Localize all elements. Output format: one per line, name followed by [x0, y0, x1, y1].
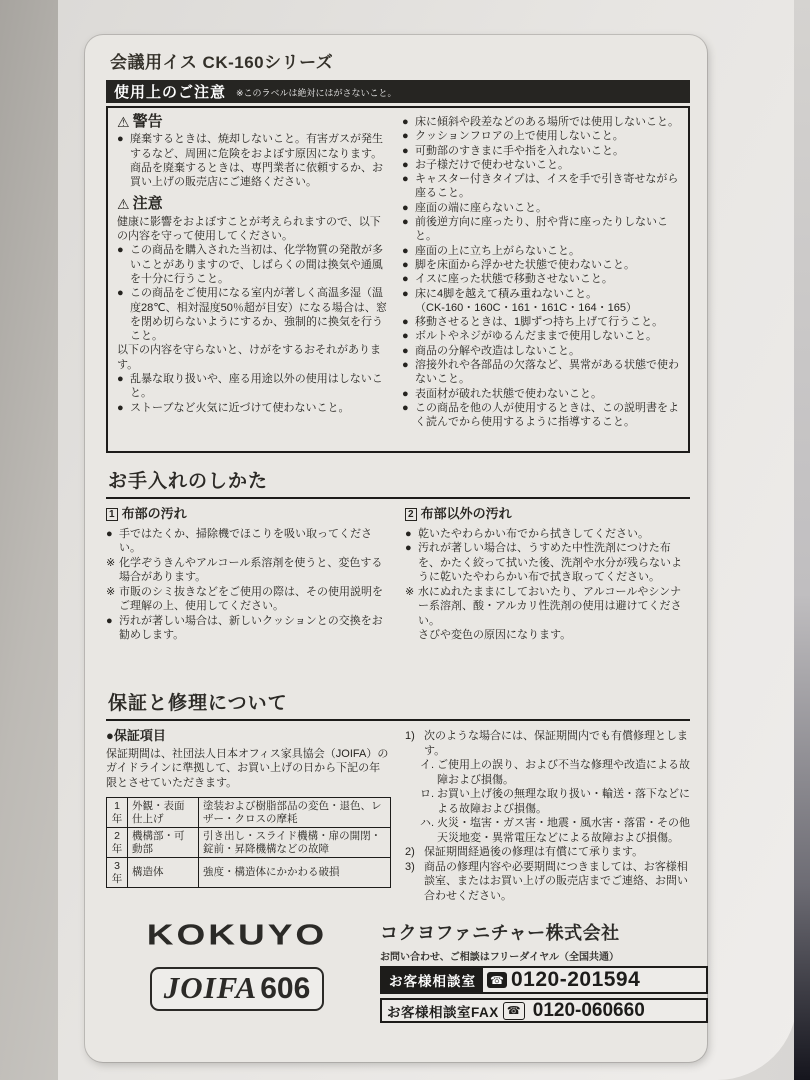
list-item: ロ.お買い上げ後の無理な取り扱い・輸送・落下などによる故障および損傷。	[405, 787, 690, 816]
list-item-marker: ●	[117, 372, 130, 401]
list-item-marker: イ.	[420, 758, 437, 787]
list-item: ●表面材が破れた状態で使わないこと。	[402, 387, 680, 401]
care-other-heading: 2 布部以外の汚れ	[405, 507, 690, 522]
list-item-marker	[405, 628, 418, 643]
list-item-marker: ●	[402, 358, 415, 387]
list-item-text: 床に傾斜や段差などのある場所では使用しないこと。	[415, 115, 680, 129]
list-item-text: お買い上げ後の無理な取り扱い・輸送・落下などによる故障および損傷。	[437, 787, 690, 816]
caution-intro: 健康に影響をおよぼすことが考えられますので、以下の内容を守って使用してください。	[117, 215, 389, 244]
table-row: 1年外観・表面仕上げ塗装および樹脂部品の変色・退色、レザー・クロスの摩耗	[107, 798, 391, 828]
table-row: 3年構造体強度・構造体にかかわる破損	[107, 858, 391, 888]
list-item-marker: ●	[402, 129, 415, 143]
list-item: ●乱暴な取り扱いや、座る用途以外の使用はしないこと。	[117, 372, 389, 401]
table-cell: 機構部・可動部	[128, 828, 199, 858]
list-item-text: ご使用上の誤り、および不当な修理や改造による故障および損傷。	[437, 758, 690, 787]
list-item-marker: ※	[106, 556, 119, 585]
list-item-text: お子様だけで使わせないこと。	[415, 158, 680, 172]
list-item-text: クッションフロアの上で使用しないこと。	[415, 129, 680, 143]
list-item-text: 市販のシミ抜きなどをご使用の際は、その使用説明をご理解の上、使用してください。	[119, 585, 391, 614]
caution-heading-label: 注意	[133, 197, 163, 211]
warning-list: ●廃棄するときは、焼却しないこと。有害ガスが発生するなど、周囲に危険をおよぼす原…	[117, 132, 389, 189]
list-item-marker: ●	[402, 258, 415, 272]
list-item: ●商品の分解や改造はしないこと。	[402, 344, 680, 358]
care-other-heading-label: 布部以外の汚れ	[421, 507, 512, 522]
warranty-table-body: 1年外観・表面仕上げ塗装および樹脂部品の変色・退色、レザー・クロスの摩耗2年機構…	[107, 798, 391, 888]
list-item-text: 水にぬれたままにしておいたり、アルコールやシンナー系溶剤、酸・アルカリ性洗剤の使…	[418, 585, 690, 629]
list-item-text: 乱暴な取り扱いや、座る用途以外の使用はしないこと。	[130, 372, 389, 401]
list-item-marker: ハ.	[420, 816, 437, 845]
list-item: ●溶接外れや各部品の欠落など、異常がある状態で使わないこと。	[402, 358, 680, 387]
care-fabric-heading-label: 布部の汚れ	[122, 507, 187, 522]
care-section-title: お手入れのしかた	[106, 466, 690, 499]
caution-heading: ⚠ 注意	[117, 197, 389, 211]
fax-icon: ☎	[503, 1002, 525, 1020]
list-item-text: 商品の分解や改造はしないこと。	[415, 344, 680, 358]
list-item: 1)次のような場合には、保証期間内でも有償修理とします。	[405, 729, 690, 758]
table-cell: 1年	[107, 798, 128, 828]
contact-note: お問い合わせ、ご相談はフリーダイヤル（全国共通）	[380, 948, 708, 963]
phone-number: 0120-201594	[511, 968, 640, 992]
list-item-text: 乾いたやわらかい布でから拭きしてください。	[418, 527, 690, 542]
care-columns: 1 布部の汚れ ●手ではたくか、掃除機でほこりを吸い取ってください。※化学ぞうき…	[106, 507, 690, 675]
list-item-marker: ●	[402, 329, 415, 343]
list-item-marker: ●	[402, 244, 415, 258]
table-cell: 外観・表面仕上げ	[128, 798, 199, 828]
table-cell: 引き出し・スライド機構・扉の開閉・錠前・昇降機構などの故障	[199, 828, 391, 858]
usage-header-note: ※このラベルは絶対にはがさないこと。	[236, 84, 397, 99]
list-item: ●この商品を他の人が使用するときは、この説明書をよく読んでから使用するように指導…	[402, 401, 680, 430]
list-item: ●座面の上に立ち上がらないこと。	[402, 244, 680, 258]
warranty-intro: 保証期間は、社団法人日本オフィス家具協会（JOIFA）のガイドラインに準拠して、…	[106, 747, 391, 791]
caution-list: ●この商品を購入された当初は、化学物質の発散が多いことがありますので、しばらくの…	[117, 243, 389, 343]
list-item-marker: 3)	[405, 860, 424, 904]
phone-label-badge: お客様相談室	[382, 968, 483, 992]
list-item: ●汚れが著しい場合は、新しいクッションとの交換をお勧めします。	[106, 614, 391, 643]
table-cell: 塗装および樹脂部品の変色・退色、レザー・クロスの摩耗	[199, 798, 391, 828]
usage-header-title: 使用上のご注意	[114, 81, 226, 102]
care-other-column: 2 布部以外の汚れ ●乾いたやわらかい布でから拭きしてください。●汚れが著しい場…	[405, 507, 690, 675]
table-cell: 構造体	[128, 858, 199, 888]
list-item-marker: ●	[402, 315, 415, 329]
list-item: ●床に4脚を越えて積み重ねないこと。	[402, 287, 680, 301]
warranty-left-column: ●保証項目 保証期間は、社団法人日本オフィス家具協会（JOIFA）のガイドライン…	[106, 729, 391, 903]
list-item-text: 移動させるときは、1脚ずつ持ち上げて行うこと。	[415, 315, 680, 329]
list-item: ●座面の端に座らないこと。	[402, 201, 680, 215]
warranty-notes-list: 1)次のような場合には、保証期間内でも有償修理とします。イ.ご使用上の誤り、およ…	[405, 729, 690, 903]
warning-heading: ⚠ 警告	[117, 115, 389, 129]
fax-label: お客様相談室FAX	[387, 1001, 499, 1021]
care-fabric-column: 1 布部の汚れ ●手ではたくか、掃除機でほこりを吸い取ってください。※化学ぞうき…	[106, 507, 391, 675]
phone-row: お客様相談室 ☎ 0120-201594	[380, 966, 708, 994]
list-item-text: ボルトやネジがゆるんだままで使用しないこと。	[415, 329, 680, 343]
list-item: （CK-160・160C・161・161C・164・165）	[402, 301, 680, 315]
list-item-text: 床に4脚を越えて積み重ねないこと。	[415, 287, 680, 301]
fax-row: お客様相談室FAX ☎ 0120-060660	[380, 998, 708, 1023]
list-item-text: この商品を他の人が使用するときは、この説明書をよく読んでから使用するように指導す…	[415, 401, 680, 430]
usage-left-column: ⚠ 警告 ●廃棄するときは、焼却しないこと。有害ガスが発生するなど、周囲に危険を…	[117, 115, 389, 447]
list-item-marker: ●	[117, 401, 130, 415]
list-item: ●お子様だけで使わせないこと。	[402, 158, 680, 172]
caution-triangle-icon: ⚠	[117, 197, 130, 211]
list-item-marker: ●	[117, 286, 130, 343]
list-item-text: さびや変色の原因になります。	[418, 628, 690, 643]
list-item-marker: ロ.	[420, 787, 437, 816]
list-item-marker: 1)	[405, 729, 424, 758]
list-item: ●この商品を購入された当初は、化学物質の発散が多いことがありますので、しばらくの…	[117, 243, 389, 286]
list-item-text: この商品を購入された当初は、化学物質の発散が多いことがありますので、しばらくの間…	[130, 243, 389, 286]
list-item-marker: ●	[402, 215, 415, 244]
care-fabric-number-icon: 1	[106, 508, 118, 521]
list-item-text: 化学ぞうきんやアルコール系溶剤を使うと、変色する場合があります。	[119, 556, 391, 585]
footer-right: コクヨファニチャー株式会社 お問い合わせ、ご相談はフリーダイヤル（全国共通） お…	[380, 919, 708, 1023]
list-item-marker: ●	[402, 387, 415, 401]
list-item-text: （CK-160・160C・161・161C・164・165）	[415, 301, 680, 315]
list-item-text: 商品の修理内容や必要期間につきましては、お客様相談室、またはお買い上げの販売店ま…	[424, 860, 690, 904]
list-item: ●手ではたくか、掃除機でほこりを吸い取ってください。	[106, 527, 391, 556]
list-item-marker: ※	[106, 585, 119, 614]
list-item-text: 溶接外れや各部品の欠落など、異常がある状態で使わないこと。	[415, 358, 680, 387]
list-item-text: 汚れが著しい場合は、うすめた中性洗剤につけた布を、かたく絞って拭いた後、洗剤や水…	[418, 541, 690, 585]
list-item: ●クッションフロアの上で使用しないこと。	[402, 129, 680, 143]
care-fabric-list: ●手ではたくか、掃除機でほこりを吸い取ってください。※化学ぞうきんやアルコール系…	[106, 527, 391, 643]
list-item: ●移動させるときは、1脚ずつ持ち上げて行うこと。	[402, 315, 680, 329]
list-item: ●前後逆方向に座ったり、肘や背に座ったりしないこと。	[402, 215, 680, 244]
usage-header-bar: 使用上のご注意 ※このラベルは絶対にはがさないこと。	[106, 80, 690, 103]
list-item-marker: ※	[405, 585, 418, 629]
company-name: コクヨファニチャー株式会社	[380, 919, 708, 945]
list-item-text: 前後逆方向に座ったり、肘や背に座ったりしないこと。	[415, 215, 680, 244]
list-item-text: イスに座った状態で移動させないこと。	[415, 272, 680, 286]
list-item-marker: ●	[117, 132, 130, 189]
table-cell: 強度・構造体にかかわる破損	[199, 858, 391, 888]
list-item-marker: ●	[402, 144, 415, 158]
usage-right-list: ●床に傾斜や段差などのある場所では使用しないこと。●クッションフロアの上で使用し…	[402, 115, 680, 430]
list-item-marker: ●	[405, 527, 418, 542]
care-fabric-heading: 1 布部の汚れ	[106, 507, 391, 522]
list-item-text: 保証期間経過後の修理は有償にて承ります。	[424, 845, 690, 860]
list-item: ●汚れが著しい場合は、うすめた中性洗剤につけた布を、かたく絞って拭いた後、洗剤や…	[405, 541, 690, 585]
list-item-marker	[402, 301, 415, 315]
list-item-marker: ●	[117, 243, 130, 286]
list-item-marker: 2)	[405, 845, 424, 860]
photo-dark-edge	[794, 0, 810, 1080]
list-item: ●乾いたやわらかい布でから拭きしてください。	[405, 527, 690, 542]
list-item: ●イスに座った状態で移動させないこと。	[402, 272, 680, 286]
table-cell: 3年	[107, 858, 128, 888]
list-item-text: 手ではたくか、掃除機でほこりを吸い取ってください。	[119, 527, 391, 556]
injury-list: ●乱暴な取り扱いや、座る用途以外の使用はしないこと。●ストーブなど火気に近づけて…	[117, 372, 389, 415]
warranty-right-column: 1)次のような場合には、保証期間内でも有償修理とします。イ.ご使用上の誤り、およ…	[405, 729, 690, 903]
list-item: ●キャスター付きタイプは、イスを手で引き寄せながら座ること。	[402, 172, 680, 201]
list-item-text: 可動部のすきまに手や指を入れないこと。	[415, 144, 680, 158]
injury-intro: 以下の内容を守らないと、けがをするおそれがあります。	[117, 343, 389, 372]
warranty-section-title: 保証と修理について	[106, 688, 690, 721]
list-item: ※水にぬれたままにしておいたり、アルコールやシンナー系溶剤、酸・アルカリ性洗剤の…	[405, 585, 690, 629]
usage-notice-box: ⚠ 警告 ●廃棄するときは、焼却しないこと。有害ガスが発生するなど、周囲に危険を…	[106, 106, 690, 453]
list-item-marker: ●	[402, 158, 415, 172]
list-item-marker: ●	[106, 614, 119, 643]
fax-number: 0120-060660	[533, 1000, 645, 1022]
list-item-text: 表面材が破れた状態で使わないこと。	[415, 387, 680, 401]
list-item: さびや変色の原因になります。	[405, 628, 690, 643]
care-other-number-icon: 2	[405, 508, 417, 521]
list-item-text: この商品をご使用になる室内が著しく高温多湿（温度28℃、相対湿度50％超が目安）…	[130, 286, 389, 343]
table-cell: 2年	[107, 828, 128, 858]
list-item: ●可動部のすきまに手や指を入れないこと。	[402, 144, 680, 158]
table-row: 2年機構部・可動部引き出し・スライド機構・扉の開閉・錠前・昇降機構などの故障	[107, 828, 391, 858]
list-item-text: 廃棄するときは、焼却しないこと。有害ガスが発生するなど、周囲に危険をおよぼす原因…	[130, 132, 389, 189]
list-item: ●ストーブなど火気に近づけて使わないこと。	[117, 401, 389, 415]
list-item-text: 座面の端に座らないこと。	[415, 201, 680, 215]
list-item-marker: ●	[402, 172, 415, 201]
warranty-subtitle: ●保証項目	[106, 729, 391, 744]
list-item: ハ.火災・塩害・ガス害・地震・風水害・落雷・その他天災地変・異常電圧などによる故…	[405, 816, 690, 845]
list-item-marker: ●	[402, 115, 415, 129]
warning-heading-label: 警告	[133, 115, 163, 129]
list-item-marker: ●	[106, 527, 119, 556]
product-title: 会議用イス CK-160シリーズ	[106, 48, 690, 73]
warning-triangle-icon: ⚠	[117, 115, 130, 129]
list-item-text: 脚を床面から浮かせた状態で使わないこと。	[415, 258, 680, 272]
list-item: 2)保証期間経過後の修理は有償にて承ります。	[405, 845, 690, 860]
label-card: 会議用イス CK-160シリーズ 使用上のご注意 ※このラベルは絶対にはがさない…	[85, 35, 707, 1062]
list-item: ※化学ぞうきんやアルコール系溶剤を使うと、変色する場合があります。	[106, 556, 391, 585]
list-item-marker: ●	[402, 272, 415, 286]
warranty-columns: ●保証項目 保証期間は、社団法人日本オフィス家具協会（JOIFA）のガイドライン…	[106, 729, 690, 903]
list-item-text: 汚れが著しい場合は、新しいクッションとの交換をお勧めします。	[119, 614, 391, 643]
footer-left: KOKUYO JOIFA 606	[106, 919, 368, 1023]
list-item: ●床に傾斜や段差などのある場所では使用しないこと。	[402, 115, 680, 129]
list-item: イ.ご使用上の誤り、および不当な修理や改造による故障および損傷。	[405, 758, 690, 787]
list-item-marker: ●	[402, 287, 415, 301]
warranty-table: 1年外観・表面仕上げ塗装および樹脂部品の変色・退色、レザー・クロスの摩耗2年機構…	[106, 797, 391, 888]
list-item-text: 座面の上に立ち上がらないこと。	[415, 244, 680, 258]
joifa-badge-number: 606	[260, 972, 310, 1006]
joifa-badge: JOIFA 606	[150, 967, 325, 1011]
list-item: ※市販のシミ抜きなどをご使用の際は、その使用説明をご理解の上、使用してください。	[106, 585, 391, 614]
list-item-marker: ●	[402, 201, 415, 215]
list-item: ●ボルトやネジがゆるんだままで使用しないこと。	[402, 329, 680, 343]
kokuyo-logo: KOKUYO	[147, 919, 327, 952]
list-item-marker: ●	[402, 401, 415, 430]
usage-right-column: ●床に傾斜や段差などのある場所では使用しないこと。●クッションフロアの上で使用し…	[402, 115, 680, 447]
list-item-text: 次のような場合には、保証期間内でも有償修理とします。	[424, 729, 690, 758]
list-item-marker: ●	[402, 344, 415, 358]
photo-background: 会議用イス CK-160シリーズ 使用上のご注意 ※このラベルは絶対にはがさない…	[0, 0, 810, 1080]
joifa-badge-text: JOIFA	[164, 970, 257, 1006]
list-item: 3)商品の修理内容や必要期間につきましては、お客様相談室、またはお買い上げの販売…	[405, 860, 690, 904]
label-footer: KOKUYO JOIFA 606 コクヨファニチャー株式会社 お問い合わせ、ご相…	[106, 919, 690, 1023]
list-item-text: ストーブなど火気に近づけて使わないこと。	[130, 401, 389, 415]
care-other-list: ●乾いたやわらかい布でから拭きしてください。●汚れが著しい場合は、うすめた中性洗…	[405, 527, 690, 643]
list-item: ●廃棄するときは、焼却しないこと。有害ガスが発生するなど、周囲に危険をおよぼす原…	[117, 132, 389, 189]
freedial-phone-icon: ☎	[487, 972, 507, 988]
list-item-marker: ●	[405, 541, 418, 585]
list-item-text: キャスター付きタイプは、イスを手で引き寄せながら座ること。	[415, 172, 680, 201]
list-item: ●脚を床面から浮かせた状態で使わないこと。	[402, 258, 680, 272]
list-item-text: 火災・塩害・ガス害・地震・風水害・落雷・その他天災地変・異常電圧などによる故障お…	[437, 816, 690, 845]
list-item: ●この商品をご使用になる室内が著しく高温多湿（温度28℃、相対湿度50％超が目安…	[117, 286, 389, 343]
